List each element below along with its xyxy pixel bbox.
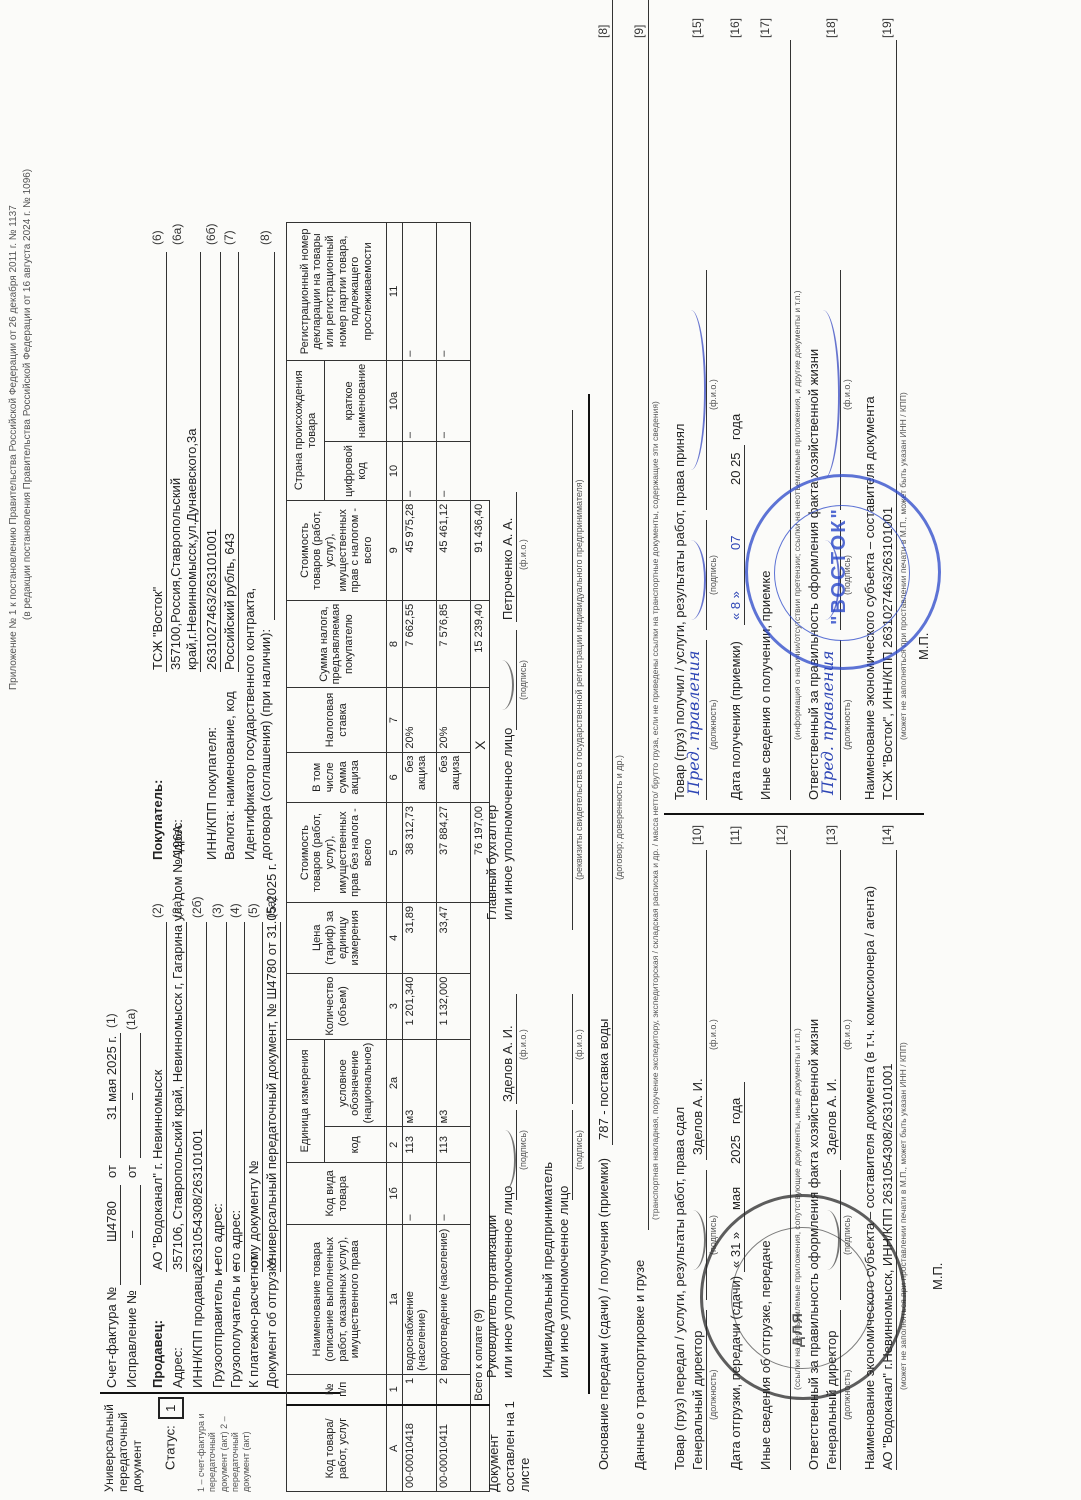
ref-18: [18] <box>824 18 838 38</box>
cell-excise: без акциза <box>402 752 436 802</box>
cell-unit-name: м3 <box>402 1039 436 1127</box>
status-label: Статус: <box>162 1425 177 1470</box>
seller-entity-caption: (может не заполняться при проставлении п… <box>898 1042 908 1390</box>
column-number: 6 <box>387 752 403 802</box>
ship-date-year: 2025 <box>728 1135 743 1164</box>
correction-ref: (1а) <box>124 1009 138 1030</box>
appendix-line-2: (в редакции постановления Правительства … <box>22 169 33 620</box>
cell-country-name: – <box>402 360 436 441</box>
cell-cost-with-tax: 45 975,28 <box>402 500 436 600</box>
ref-15: [15] <box>690 18 704 38</box>
column-number: 10а <box>387 360 403 441</box>
seller-name-ref: (2) <box>150 903 164 918</box>
receive-date-suffix: года <box>728 414 743 440</box>
buyer-mp: М.П. <box>916 633 931 660</box>
shipment-doc-label: Документ об отгрузке <box>264 1258 279 1388</box>
cell-reg-no: – <box>402 223 436 361</box>
col-header-no: № п/п <box>287 1374 387 1404</box>
transport-caption: (транспортная накладная, поручение экспе… <box>650 401 660 1220</box>
buyer-address-line-1: 357100,Россия,Ставропольский <box>168 478 183 670</box>
buyer-inn-label: ИНН/КПП покупателя: <box>204 727 219 860</box>
buyer-responsible-position-caption: (должность) <box>842 699 852 750</box>
appendix-line-1: Приложение № 1 к постановлению Правитель… <box>8 205 19 690</box>
column-number: 4 <box>387 902 403 973</box>
invoice-number-line <box>120 1185 121 1285</box>
seller-position-caption: (должность) <box>708 1369 718 1420</box>
col-header-cost-with-tax: Стоимость товаров (работ, услуг), имущес… <box>287 500 387 600</box>
buyer-position-line <box>706 640 707 800</box>
buyer-address-line-2: край,г.Невинномысск,ул.Дунаевского,3а <box>184 429 199 670</box>
cell-reg-no: – <box>436 223 470 361</box>
col-header-excise: В том числе сумма акциза <box>287 752 387 802</box>
receive-date-label: Дата получения (приемки) <box>728 641 743 800</box>
buyer-address-label: Адрес: <box>170 819 185 860</box>
cell-kind-code: – <box>436 1163 470 1224</box>
currency-ref: (7) <box>222 230 236 245</box>
consignee-value: – <box>228 1263 243 1270</box>
buyer-responsible-fio-caption: (ф.и.о.) <box>842 379 852 410</box>
seller-inn-label: ИНН/КПП продавца: <box>190 1265 205 1388</box>
buyer-name-ref: (6) <box>150 230 164 245</box>
cell-cost-wo-tax: 38 312,73 <box>402 803 436 903</box>
ref-17: [17] <box>758 18 772 38</box>
column-number: А <box>387 1405 403 1492</box>
ip-fio-caption: (ф.и.о.) <box>574 1029 584 1060</box>
accountant-sign-line <box>516 630 517 730</box>
buyer-name-line <box>166 252 167 672</box>
col-header-reg-no: Регистрационный номер декларации на това… <box>287 223 387 361</box>
accountant-label-2: или иное уполномоченное лицо <box>500 728 515 920</box>
correction-label: Исправление № <box>124 1290 139 1388</box>
basis-value: 787 - поставка воды <box>596 1019 611 1140</box>
seller-inn: 2631054308/263101001 <box>190 1129 205 1270</box>
cell-qty: 1 201,340 <box>402 973 436 1039</box>
head-sign-line <box>516 1110 517 1200</box>
head-sign-caption: (подпись) <box>518 1130 528 1170</box>
correction-number-line <box>140 1185 141 1285</box>
currency-value: Российский рубль, 643 <box>222 533 237 670</box>
buyer-other-line <box>790 40 791 800</box>
buyer-responsible-name-signature <box>806 310 840 480</box>
buyer-inn-ref: (6б) <box>204 223 218 245</box>
column-number: 1 <box>387 1374 403 1404</box>
column-number: 1а <box>387 1224 403 1374</box>
accountant-label-1: Главный бухгалтер <box>484 805 499 920</box>
seller-name: АО "Водоканал" г. Невинномысск <box>150 1070 165 1270</box>
correction-date: – <box>124 1093 139 1100</box>
total-excise: X <box>470 688 489 803</box>
column-number: 2 <box>387 1127 403 1163</box>
column-number: 3 <box>387 973 403 1039</box>
sheets-note: Документ составлен на 1 листе <box>486 1397 533 1492</box>
column-number: 11 <box>387 223 403 361</box>
head-name: Зделов А. И. <box>500 1025 515 1102</box>
transport-label: Данные о транспортировке и грузе <box>632 1260 647 1470</box>
seller-address-line <box>186 922 187 1272</box>
seller-name-line <box>166 922 167 1272</box>
column-number: 8 <box>387 600 403 688</box>
invoice-label: Счет-фактура № <box>104 1287 119 1388</box>
ip-sign-line <box>572 1110 573 1200</box>
col-header-unit-name: условное обозначение (национальное) <box>325 1039 387 1127</box>
ref-11: [11] <box>728 826 742 845</box>
seller-inn-line <box>206 922 207 1272</box>
col-header-tax-sum: Сумма налога, предъявляемая покупателю <box>287 600 387 688</box>
table-row: 00-000104112водоотведение (население)–11… <box>436 223 470 1492</box>
col-header-tax-rate: Налоговая ставка <box>287 688 387 752</box>
seller-person-name: Зделов А. И. <box>690 1078 705 1155</box>
center-divider <box>664 813 924 815</box>
cell-price: 31,89 <box>402 902 436 973</box>
correction-from-label: от <box>124 1165 139 1178</box>
basis-caption: (договор; доверенность и др.) <box>614 755 624 880</box>
cell-country-code: – <box>436 442 470 501</box>
contract-ref: (8) <box>258 230 272 245</box>
buyer-fio-caption: (ф.и.о.) <box>708 379 718 410</box>
head-fio-caption: (ф.и.о.) <box>518 1029 528 1060</box>
seller-inn-ref: (2б) <box>190 896 204 918</box>
buyer-address-line <box>200 252 201 672</box>
col-header-unit-code: код <box>325 1127 387 1163</box>
cell-qty: 1 132,000 <box>436 973 470 1039</box>
seller-fio-caption: (ф.и.о.) <box>708 1019 718 1050</box>
cell-kind-code: – <box>402 1163 436 1224</box>
shipper-value: – <box>210 1263 225 1270</box>
transport-ref: [9] <box>632 25 646 38</box>
col-header-cost-wo-tax: Стоимость товаров (работ, услуг), имущес… <box>287 803 387 903</box>
buyer-inn-line <box>220 252 221 672</box>
ip-reg-line <box>572 410 573 930</box>
invoice-date: 31 мая 2025 г. <box>104 1036 119 1120</box>
buyer-name-sign-line <box>706 270 707 510</box>
cell-unit-code: 113 <box>402 1127 436 1163</box>
cell-tax-sum: 7 662,55 <box>402 600 436 688</box>
correction-date-line <box>140 1033 141 1158</box>
payment-doc-line <box>262 922 263 1272</box>
cell-cost-with-tax: 45 461,12 <box>436 500 470 600</box>
seller-entity-line <box>896 850 897 1470</box>
accountant-name: Петроченко А. А. <box>500 518 515 620</box>
total-tax-sum: 15 239,40 <box>470 600 489 688</box>
basis-label: Основание передачи (сдачи) / получения (… <box>596 1158 611 1470</box>
buyer-signature <box>676 540 706 620</box>
buyer-stamp-center: "ВОСТОК" <box>828 507 851 625</box>
buyer-address-ref: (6а) <box>170 224 184 245</box>
shipper-line <box>226 922 227 1272</box>
receive-date-day: « 8 » <box>728 591 743 620</box>
seller-responsible-name-line <box>840 850 841 1160</box>
cell-code: 00-00010418 <box>402 1405 436 1492</box>
contract-label-1: Идентификатор государственного контракта… <box>242 588 257 860</box>
seller-stamp: ДЛЯ <box>700 1194 906 1400</box>
column-number: 10 <box>387 442 403 501</box>
ship-date-suffix: года <box>728 1098 743 1124</box>
correction-number: – <box>124 1231 139 1238</box>
buyer-sign-caption: (подпись) <box>708 555 718 595</box>
consignee-label: Грузополучатель и его адрес: <box>228 1210 243 1388</box>
col-header-name: Наименование товара (описание выполненны… <box>287 1224 387 1374</box>
ref-16: [16] <box>728 18 742 38</box>
shipment-doc-line <box>280 922 281 1272</box>
payment-doc-ref: (5) <box>246 903 260 918</box>
head-signature <box>494 1130 516 1190</box>
invoice-from-label: от <box>104 1165 119 1178</box>
seller-responsible-name: Зделов А. И. <box>824 1078 839 1155</box>
column-numbers-row: А11а1б22а34567891010а11 <box>387 223 403 1492</box>
cell-code: 00-00010411 <box>436 1405 470 1492</box>
ip-name-line <box>572 994 573 1104</box>
buyer-inn: 2631027463/263101001 <box>204 529 219 670</box>
head-name-line <box>516 994 517 1104</box>
cell-no: 2 <box>436 1374 470 1404</box>
ip-label-1: Индивидуальный предприниматель <box>540 1162 555 1378</box>
col-header-unit: Единица измерения <box>287 1039 325 1163</box>
shipper-ref: (3) <box>210 903 224 918</box>
cell-no: 1 <box>402 1374 436 1404</box>
shipment-doc: Универсальный передаточный документ, № Ш… <box>264 863 279 1268</box>
col-header-country: Страна происхождения товара <box>287 360 325 500</box>
cell-country-code: – <box>402 442 436 501</box>
ship-date-month: мая <box>728 1187 743 1210</box>
seller-responsible-fio-caption: (ф.и.о.) <box>842 1019 852 1050</box>
currency-line <box>238 252 239 672</box>
seller-entity-label: Наименование экономического субъекта – с… <box>862 886 877 1470</box>
column-number: 2а <box>387 1039 403 1127</box>
status-note: 1 – счет-фактура и передаточный документ… <box>196 1397 252 1492</box>
currency-label: Валюта: наименование, код <box>222 691 237 860</box>
transferred-label: Товар (груз) передал / услуги, результат… <box>672 1107 687 1470</box>
basis-line <box>612 0 613 1145</box>
seller-address-label: Адрес: <box>170 1347 185 1388</box>
accountant-fio-caption: (ф.и.о.) <box>518 539 528 570</box>
buyer-position: Пред. правления <box>684 651 703 795</box>
col-header-country-code: цифровой код <box>325 442 387 501</box>
seller-mp: М.П. <box>930 1263 945 1290</box>
accountant-sign-caption: (подпись) <box>518 660 528 700</box>
cell-price: 33,47 <box>436 902 470 973</box>
consignee-line <box>244 922 245 1272</box>
buyer-sign-line <box>706 520 707 630</box>
ref-10: [10] <box>690 825 704 845</box>
basis-ref: [8] <box>596 25 610 38</box>
cell-tax-sum: 7 576,85 <box>436 600 470 688</box>
seller-signature <box>680 1210 706 1270</box>
col-header-kind-code: Код вида товара <box>287 1163 387 1224</box>
shipment-doc-ref: (5а) <box>264 897 278 918</box>
cell-tax-rate: 20% <box>436 688 470 752</box>
buyer-entity-line <box>896 40 897 800</box>
cell-tax-rate: 20% <box>402 688 436 752</box>
head-label-1: Руководитель организации <box>484 1215 499 1378</box>
col-header-code: Код товара/ работ, услуг <box>287 1405 387 1492</box>
table-row: 00-000104181водоснабжение (население)–11… <box>402 223 436 1492</box>
ip-reg-caption: (реквизиты свидетельства о государственн… <box>574 479 584 880</box>
cell-excise: без акциза <box>436 752 470 802</box>
consignee-ref: (4) <box>228 903 242 918</box>
payment-doc-label: К платежно-расчетному документу № <box>246 1160 261 1388</box>
cell-unit-name: м3 <box>436 1039 470 1127</box>
buyer-responsible-position: Пред. правления <box>818 651 837 795</box>
col-header-price: Цена (тариф) за единицу измерения <box>287 902 387 973</box>
invoice-date-line <box>120 1033 121 1158</box>
column-number: 9 <box>387 500 403 600</box>
ref-12: [12] <box>774 825 788 845</box>
buyer-position-caption: (должность) <box>708 699 718 750</box>
seller-address: 357106, Ставропольский край, Невинномысс… <box>170 825 185 1270</box>
seller-stamp-center: ДЛЯ <box>789 1311 805 1347</box>
head-label-2: или иное уполномоченное лицо <box>500 1186 515 1378</box>
cell-name: водоснабжение (население) <box>402 1224 436 1374</box>
column-number: 5 <box>387 803 403 903</box>
shipper-label: Грузоотправитель и его адрес: <box>210 1203 225 1388</box>
cell-name: водоотведение (население) <box>436 1224 470 1374</box>
document-page: Приложение № 1 к постановлению Правитель… <box>0 0 1081 1500</box>
cell-country-name: – <box>436 360 470 441</box>
payment-doc-from: от <box>246 1255 261 1268</box>
contract-line <box>274 252 275 620</box>
ip-label-2: или иное уполномоченное лицо <box>556 1186 571 1378</box>
total-cost-with-tax: 91 436,40 <box>470 500 489 600</box>
col-header-qty: Количество (объем) <box>287 973 387 1039</box>
accountant-name-line <box>516 492 517 622</box>
accountant-signature <box>490 660 514 710</box>
seller-position: Генеральный директор <box>690 1331 705 1470</box>
transport-line <box>648 0 649 1230</box>
invoice-number: Ш4780 <box>104 1201 119 1242</box>
buyer-label: Покупатель: <box>150 780 165 860</box>
document-type-title: Универсальный передаточный документ <box>102 1400 144 1492</box>
seller-name-sign-line <box>706 850 707 1160</box>
buyer-stamp: "ВОСТОК" <box>745 474 941 670</box>
cell-unit-code: 113 <box>436 1127 470 1163</box>
buyer-name: ТСЖ "Восток" <box>150 587 165 670</box>
col-header-country-name: краткое наименование <box>325 360 387 441</box>
sign-block-bottom <box>588 394 590 1394</box>
buyer-name-signature <box>676 310 706 470</box>
column-number: 7 <box>387 688 403 752</box>
receive-date-year: 20 25 <box>728 452 743 485</box>
cell-cost-wo-tax: 37 884,27 <box>436 803 470 903</box>
goods-table: Код товара/ работ, услуг № п/п Наименова… <box>286 222 490 1492</box>
seller-label: Продавец: <box>150 1320 165 1388</box>
ref-14: [14] <box>880 825 894 845</box>
column-number: 1б <box>387 1163 403 1224</box>
status-value: 1 <box>158 1397 184 1419</box>
receive-date-month: 07 <box>728 536 743 550</box>
seller-address-ref: (2а) <box>170 897 184 918</box>
status-field: Статус:1 <box>158 1397 184 1470</box>
ref-13: [13] <box>824 825 838 845</box>
contract-label-2: договора (соглашения) (при наличии): <box>258 629 273 860</box>
receive-date-line <box>744 445 745 625</box>
ref-19: [19] <box>880 18 894 38</box>
ip-sign-caption: (подпись) <box>574 1130 584 1170</box>
invoice-ref: (1) <box>104 1013 118 1028</box>
